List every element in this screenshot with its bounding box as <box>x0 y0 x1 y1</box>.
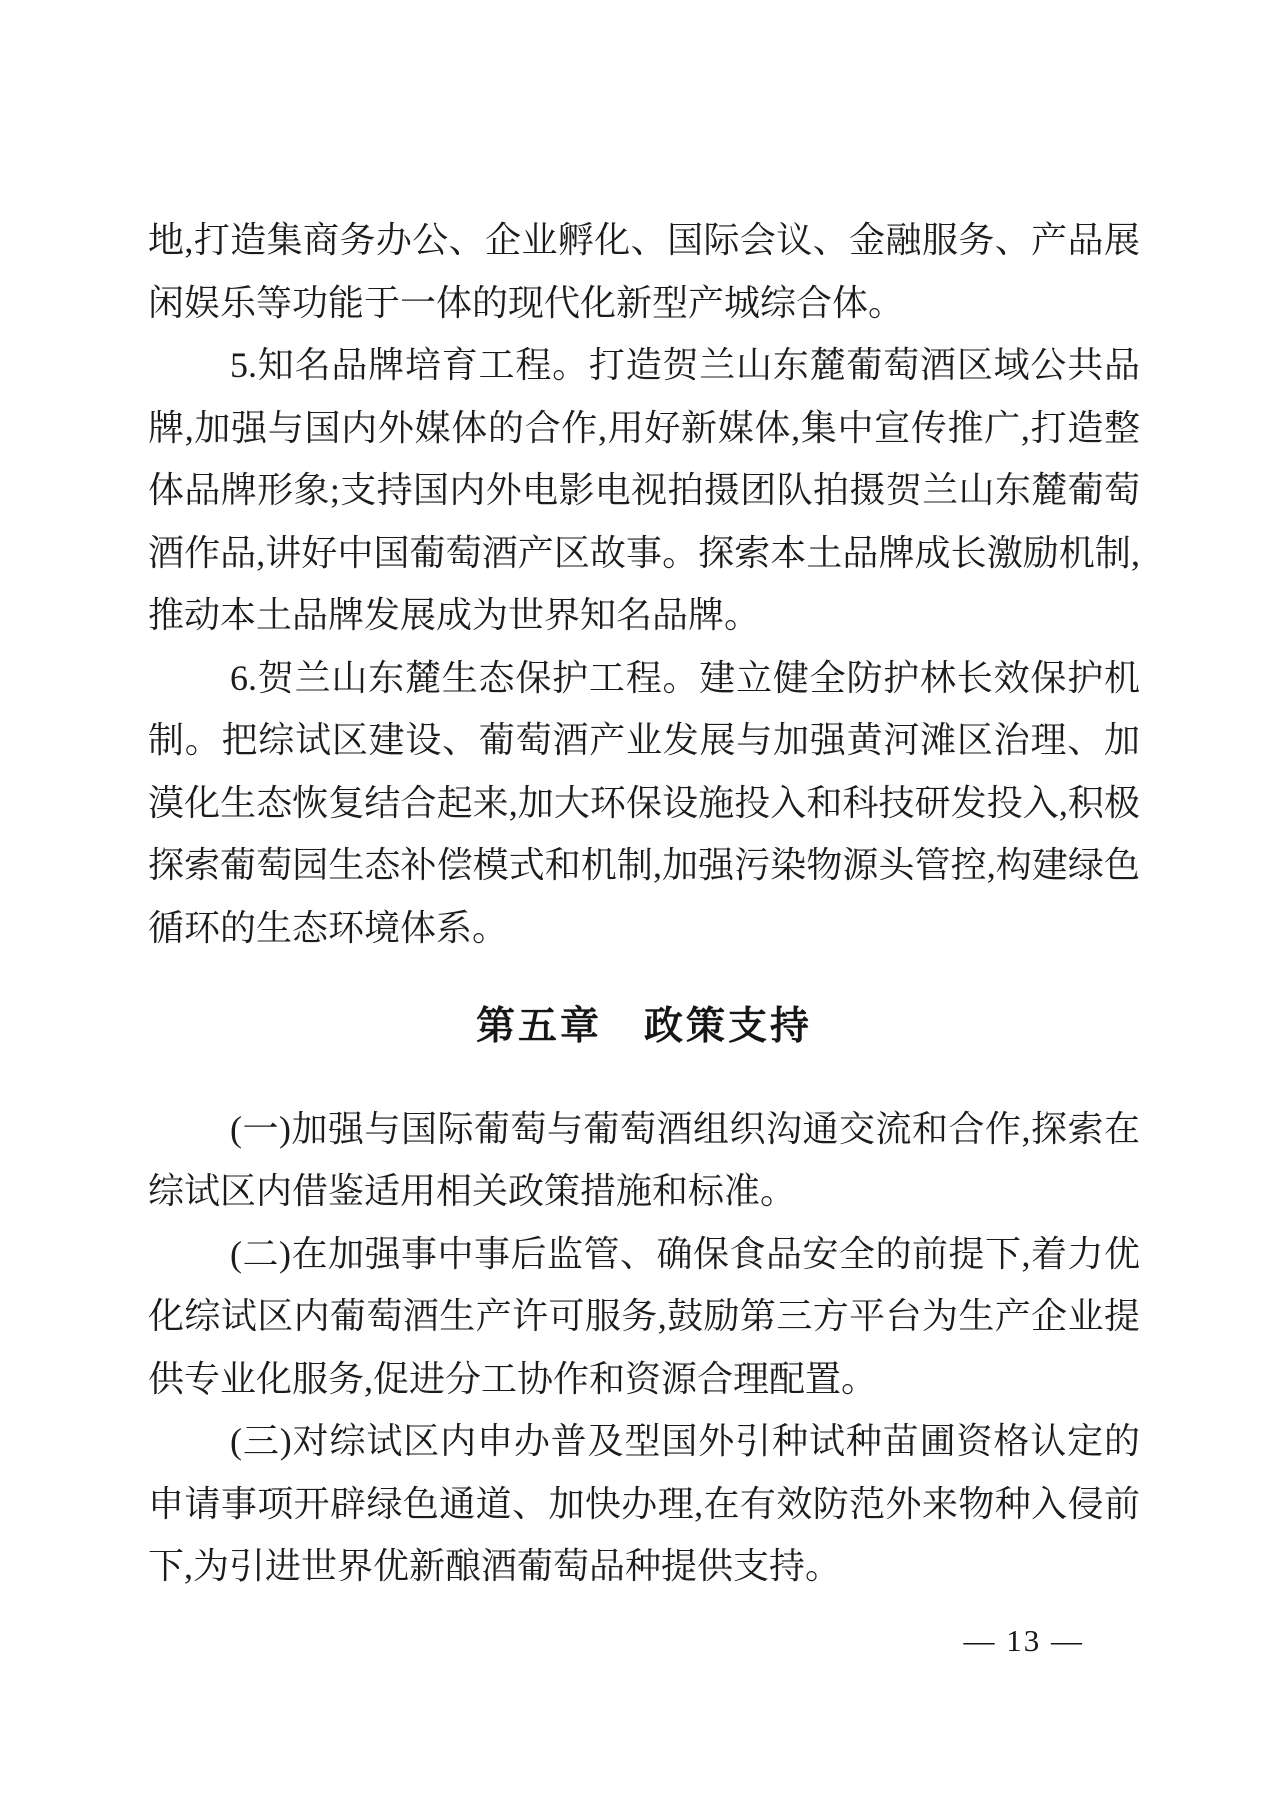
page-number: — 13 — <box>964 1620 1085 1662</box>
paragraph: (二)在加强事中事后监管、确保食品安全的前提下,着力优化综试区内葡萄酒生产许可服… <box>148 1223 1140 1411</box>
text-line: 供专业化服务,促进分工协作和资源合理配置。 <box>148 1348 1140 1411</box>
text-line: 下,为引进世界优新酿酒葡萄品种提供支持。 <box>148 1535 1140 1598</box>
paragraph: 5.知名品牌培育工程。打造贺兰山东麓葡萄酒区域公共品牌,加强与国内外媒体的合作,… <box>148 334 1140 647</box>
document-body: 地,打造集商务办公、企业孵化、国际会议、金融服务、产品展示、休闲娱乐等功能于一体… <box>148 209 1140 1598</box>
text-line: (三)对综试区内申办普及型国外引种试种苗圃资格认定的 <box>148 1410 1140 1473</box>
text-line: (二)在加强事中事后监管、确保食品安全的前提下,着力优 <box>148 1223 1140 1286</box>
document-page: 地,打造集商务办公、企业孵化、国际会议、金融服务、产品展示、休闲娱乐等功能于一体… <box>0 0 1280 1811</box>
paragraph: 6.贺兰山东麓生态保护工程。建立健全防护林长效保护机制。把综试区建设、葡萄酒产业… <box>148 647 1140 960</box>
text-line: 化综试区内葡萄酒生产许可服务,鼓励第三方平台为生产企业提 <box>148 1285 1140 1348</box>
text-line: 6.贺兰山东麓生态保护工程。建立健全防护林长效保护机 <box>148 647 1140 710</box>
text-line: 酒作品,讲好中国葡萄酒产区故事。探索本土品牌成长激励机制, <box>148 522 1140 585</box>
chapter-heading: 第五章 政策支持 <box>148 996 1140 1059</box>
paragraph: (一)加强与国际葡萄与葡萄酒组织沟通交流和合作,探索在综试区内借鉴适用相关政策措… <box>148 1098 1140 1223</box>
text-line: 综试区内借鉴适用相关政策措施和标准。 <box>148 1160 1140 1223</box>
text-line: 循环的生态环境体系。 <box>148 897 1140 960</box>
text-line: 5.知名品牌培育工程。打造贺兰山东麓葡萄酒区域公共品 <box>148 334 1140 397</box>
paragraph: 地,打造集商务办公、企业孵化、国际会议、金融服务、产品展示、休闲娱乐等功能于一体… <box>148 209 1140 334</box>
text-line: (一)加强与国际葡萄与葡萄酒组织沟通交流和合作,探索在 <box>148 1098 1140 1161</box>
text-line: 牌,加强与国内外媒体的合作,用好新媒体,集中宣传推广,打造整 <box>148 397 1140 460</box>
text-line: 漠化生态恢复结合起来,加大环保设施投入和科技研发投入,积极 <box>148 772 1140 835</box>
text-line: 制。把综试区建设、葡萄酒产业发展与加强黄河滩区治理、加强荒 <box>148 709 1140 772</box>
text-line: 申请事项开辟绿色通道、加快办理,在有效防范外来物种入侵前提 <box>148 1473 1140 1536</box>
text-line: 闲娱乐等功能于一体的现代化新型产城综合体。 <box>148 272 1140 335</box>
text-line: 推动本土品牌发展成为世界知名品牌。 <box>148 584 1140 647</box>
text-line: 地,打造集商务办公、企业孵化、国际会议、金融服务、产品展示、休 <box>148 209 1140 272</box>
text-line: 探索葡萄园生态补偿模式和机制,加强污染物源头管控,构建绿色 <box>148 834 1140 897</box>
paragraph: (三)对综试区内申办普及型国外引种试种苗圃资格认定的申请事项开辟绿色通道、加快办… <box>148 1410 1140 1598</box>
text-line: 体品牌形象;支持国内外电影电视拍摄团队拍摄贺兰山东麓葡萄 <box>148 459 1140 522</box>
